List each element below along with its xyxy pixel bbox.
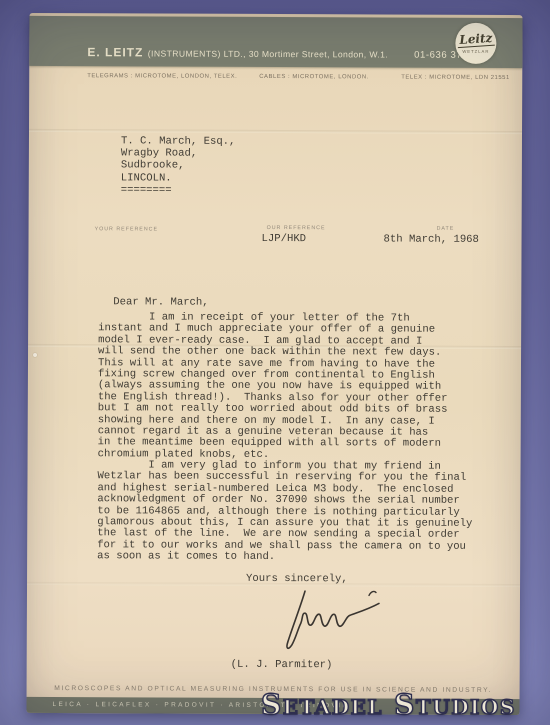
body-paragraph-1: I am in receipt of your letter of the 7t…: [98, 312, 499, 462]
fold-crease: [29, 129, 522, 134]
your-reference-label: YOUR REFERENCE: [95, 226, 158, 232]
date-value: 8th March, 1968: [384, 233, 479, 246]
company-address: (INSTRUMENTS) LTD., 30 Mortimer Street, …: [148, 48, 388, 59]
body-paragraph-2: I am very glad to inform you that my fri…: [97, 460, 497, 564]
date-label: DATE: [437, 226, 455, 232]
leitz-logo-icon: Leitz WETZLAR: [455, 23, 496, 64]
company-name: E. LEITZ: [87, 45, 143, 59]
our-reference-label: OUR REFERENCE: [267, 225, 326, 231]
salutation: Dear Mr. March,: [113, 296, 208, 309]
leitz-logo-text: Leitz: [457, 32, 495, 48]
setadel-studios-watermark: Setadel Studios: [261, 688, 516, 721]
telex-line: TELEX : MICROTOME, LDN 21551: [401, 75, 510, 81]
paper-speck: [33, 353, 37, 357]
leitz-logo-wetzlar: WETZLAR: [462, 49, 489, 54]
telegrams-line: TELEGRAMS : MICROTOME, LONDON, TELEX.: [87, 73, 237, 80]
photo-of-letter: E. LEITZ (INSTRUMENTS) LTD., 30 Mortimer…: [0, 0, 550, 725]
recipient-address: T. C. March, Esq., Wragby Road, Sudbrook…: [121, 135, 236, 197]
letter-paper: E. LEITZ (INSTRUMENTS) LTD., 30 Mortimer…: [26, 13, 522, 715]
our-reference-value: LJP/HKD: [262, 233, 307, 245]
handwritten-signature: [275, 583, 395, 664]
cables-line: CABLES : MICROTOME, LONDON.: [259, 74, 369, 80]
letterhead-band: E. LEITZ (INSTRUMENTS) LTD., 30 Mortimer…: [29, 16, 522, 68]
signatory-name: (L. J. Parmiter): [231, 659, 333, 672]
wire-contacts-row: TELEGRAMS : MICROTOME, LONDON, TELEX. CA…: [29, 73, 522, 75]
company-line: E. LEITZ (INSTRUMENTS) LTD., 30 Mortimer…: [87, 43, 437, 63]
